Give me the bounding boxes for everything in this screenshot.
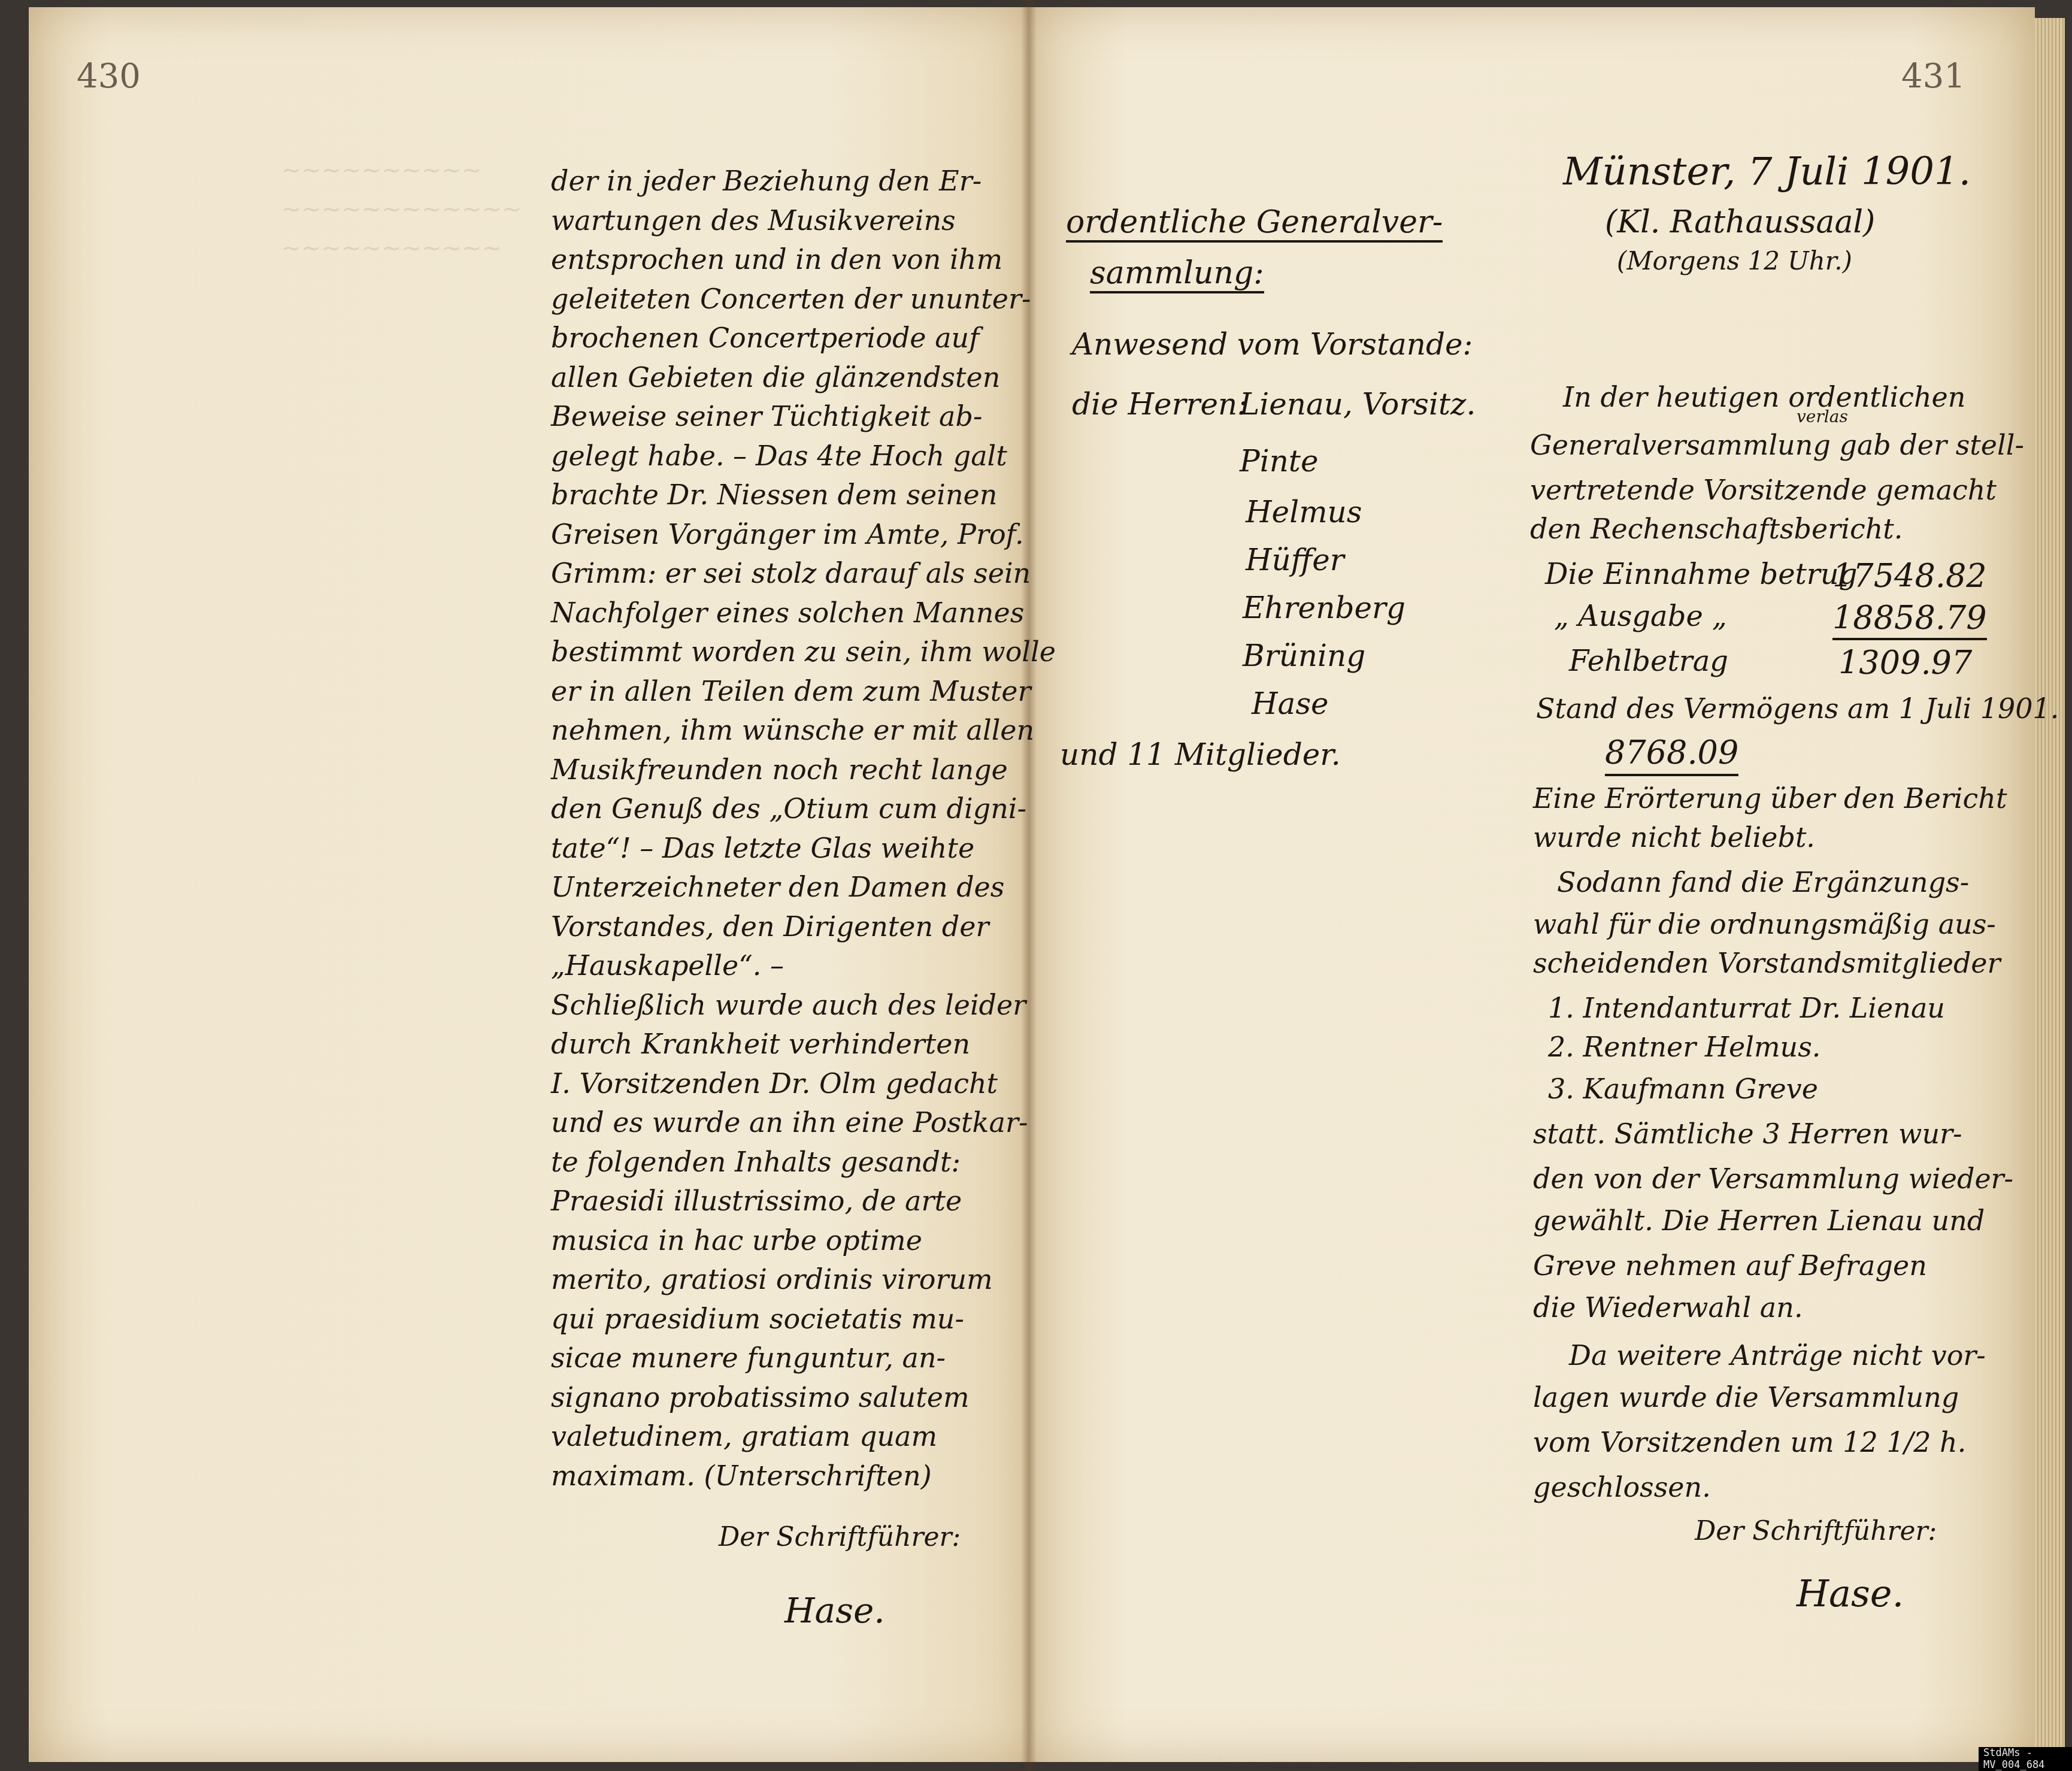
text-line: Praesidi illustrissimo, de arte bbox=[551, 1182, 1006, 1221]
assets-amount: 8768.09 bbox=[1605, 734, 1738, 776]
member-name: Hase bbox=[1252, 689, 1329, 719]
text-line: den Rechenschaftsbericht. bbox=[1530, 515, 1903, 543]
text-line: 2. Rentner Helmus. bbox=[1548, 1033, 1820, 1061]
text-line: Beweise seiner Tüchtigkeit ab- bbox=[551, 397, 1006, 437]
meeting-time: (Morgens 12 Uhr.) bbox=[1617, 249, 1852, 274]
text-line: Sodann fand die Ergänzungs- bbox=[1557, 868, 1969, 896]
page-number-right: 431 bbox=[1901, 57, 1965, 96]
text-line: brochenen Concertperiode auf bbox=[551, 319, 1006, 358]
text-line: Musikfreunden noch recht lange bbox=[551, 750, 1006, 790]
present-label: Anwesend vom Vorstande: bbox=[1072, 329, 1473, 359]
text-line: und es wurde an ihn eine Postkar- bbox=[551, 1103, 1006, 1143]
signature-label-right: Der Schriftführer: bbox=[1695, 1518, 1937, 1545]
text-line: „Hauskapelle“. – bbox=[551, 946, 1006, 986]
text-line: Grimm: er sei stolz darauf als sein bbox=[551, 554, 1006, 594]
assets-line: Stand des Vermögens am 1 Juli 1901. bbox=[1536, 695, 2059, 722]
member-name: Brüning bbox=[1243, 641, 1365, 671]
text-line: sicae munere funguntur, an- bbox=[551, 1339, 1006, 1378]
member-name: Pinte bbox=[1240, 446, 1319, 476]
text-line: statt. Sämtliche 3 Herren wur- bbox=[1533, 1120, 1962, 1148]
signature-right: Hase. bbox=[1797, 1575, 1904, 1612]
archive-label: StdAMs - MV_004_684 bbox=[1979, 1747, 2072, 1771]
place-date: Münster, 7 Juli 1901. bbox=[1563, 153, 1971, 191]
text-line: In der heutigen ordentlichen bbox=[1563, 383, 1965, 411]
text-line: der in jeder Beziehung den Er- bbox=[551, 162, 1006, 201]
text-line: wurde nicht beliebt. bbox=[1533, 824, 1815, 851]
text-line: Greisen Vorgänger im Amte, Prof. bbox=[551, 515, 1006, 555]
text-line: maximam. (Unterschriften) bbox=[551, 1457, 1006, 1496]
text-line: tate“! – Das letzte Glas weihte bbox=[551, 829, 1006, 868]
text-line: gewählt. Die Herren Lienau und bbox=[1533, 1207, 1985, 1234]
section-heading: ordentliche Generalver- bbox=[1066, 207, 1443, 243]
text-line: Vorstandes, den Dirigenten der bbox=[551, 907, 1006, 947]
text-line: merito, gratiosi ordinis virorum bbox=[551, 1260, 1006, 1300]
ledger-amount-deficit: 1309.97 bbox=[1838, 644, 1972, 682]
text-line: wartungen des Musikvereins bbox=[551, 201, 1006, 241]
text-line: den Genuß des „Otium cum digni- bbox=[551, 789, 1006, 829]
text-line: vom Vorsitzenden um 12 1/2 h. bbox=[1533, 1428, 1966, 1456]
text-line: geschlossen. bbox=[1533, 1473, 1711, 1501]
text-line: Greve nehmen auf Befragen bbox=[1533, 1252, 1927, 1279]
signature-label-left: Der Schriftführer: bbox=[719, 1524, 961, 1551]
member-name: Lienau, Vorsitz. bbox=[1240, 389, 1476, 419]
text-line: musica in hac urbe optime bbox=[551, 1221, 1006, 1261]
open-book-spread: ~~~~~~~~~~ ~~~~~~~~~~~~ ~~~~~~~~~~~ 430 … bbox=[0, 0, 2072, 1771]
text-line: Unterzeichneter den Damen des bbox=[551, 868, 1006, 907]
text-line: vertretende Vorsitzende gemacht bbox=[1530, 476, 1997, 504]
text-line: te folgenden Inhalts gesandt: bbox=[551, 1143, 1006, 1182]
text-line: Nachfolger eines solchen Mannes bbox=[551, 594, 1006, 633]
text-line: I. Vorsitzenden Dr. Olm gedacht bbox=[551, 1064, 1006, 1104]
text-line: lagen wurde die Versammlung bbox=[1533, 1384, 1959, 1411]
text-line: nehmen, ihm wünsche er mit allen bbox=[551, 711, 1006, 750]
text-line: qui praesidium societatis mu- bbox=[551, 1300, 1006, 1339]
book-gutter bbox=[1021, 0, 1037, 1771]
other-attendees: und 11 Mitglieder. bbox=[1060, 740, 1341, 770]
text-line: Eine Erörterung über den Bericht bbox=[1533, 785, 2007, 812]
page-edges bbox=[2035, 18, 2065, 1755]
text-line: signano probatissimo salutem bbox=[551, 1378, 1006, 1418]
meeting-location: (Kl. Rathaussaal) bbox=[1605, 207, 1875, 238]
text-line: den von der Versammlung wieder- bbox=[1533, 1165, 2013, 1192]
text-line: 3. Kaufmann Greve bbox=[1548, 1075, 1818, 1103]
left-page-body: der in jeder Beziehung den Er- wartungen… bbox=[551, 162, 1006, 1495]
ledger-amount-income: 17548.82 bbox=[1832, 557, 1987, 595]
page-number-left: 430 bbox=[77, 57, 141, 96]
text-line: valetudinem, gratiam quam bbox=[551, 1417, 1006, 1457]
ledger-label-expense: „ Ausgabe „ bbox=[1554, 602, 1727, 631]
text-line: bestimmt worden zu sein, ihm wolle bbox=[551, 632, 1006, 672]
text-line: brachte Dr. Niessen dem seinen bbox=[551, 476, 1006, 515]
member-name: Ehrenberg bbox=[1243, 593, 1405, 623]
text-line: scheidenden Vorstandsmitglieder bbox=[1533, 949, 2001, 977]
ledger-amount-expense: 18858.79 bbox=[1832, 599, 1987, 640]
text-line: geleiteten Concerten der ununter- bbox=[551, 280, 1006, 319]
text-line: er in allen Teilen dem zum Muster bbox=[551, 672, 1006, 712]
text-line: entsprochen und in den von ihm bbox=[551, 240, 1006, 280]
text-line: Da weitere Anträge nicht vor- bbox=[1569, 1342, 1986, 1369]
text-line: gelegt habe. – Das 4te Hoch galt bbox=[551, 437, 1006, 476]
signature-left: Hase. bbox=[784, 1593, 885, 1628]
member-name: Helmus bbox=[1246, 497, 1362, 527]
text-line: 1. Intendanturrat Dr. Lienau bbox=[1548, 994, 1945, 1022]
text-line: allen Gebieten die glänzendsten bbox=[551, 358, 1006, 398]
ledger-label-deficit: Fehlbetrag bbox=[1569, 647, 1728, 676]
gentlemen-label: die Herren: bbox=[1072, 389, 1247, 419]
text-line: die Wiederwahl an. bbox=[1533, 1294, 1803, 1321]
text-line: Schließlich wurde auch des leider bbox=[551, 986, 1006, 1025]
text-line: Generalversammlung gab der stell- bbox=[1530, 431, 2024, 459]
section-heading-cont: sammlung: bbox=[1090, 258, 1264, 293]
ledger-label-income: Die Einnahme betrug bbox=[1545, 560, 1857, 589]
text-line: wahl für die ordnungsmäßig aus- bbox=[1533, 910, 1996, 938]
text-line: durch Krankheit verhinderten bbox=[551, 1025, 1006, 1064]
bleed-through-text: ~~~~~~~~~~ ~~~~~~~~~~~~ ~~~~~~~~~~~ bbox=[53, 151, 522, 268]
member-name: Hüffer bbox=[1246, 545, 1344, 575]
